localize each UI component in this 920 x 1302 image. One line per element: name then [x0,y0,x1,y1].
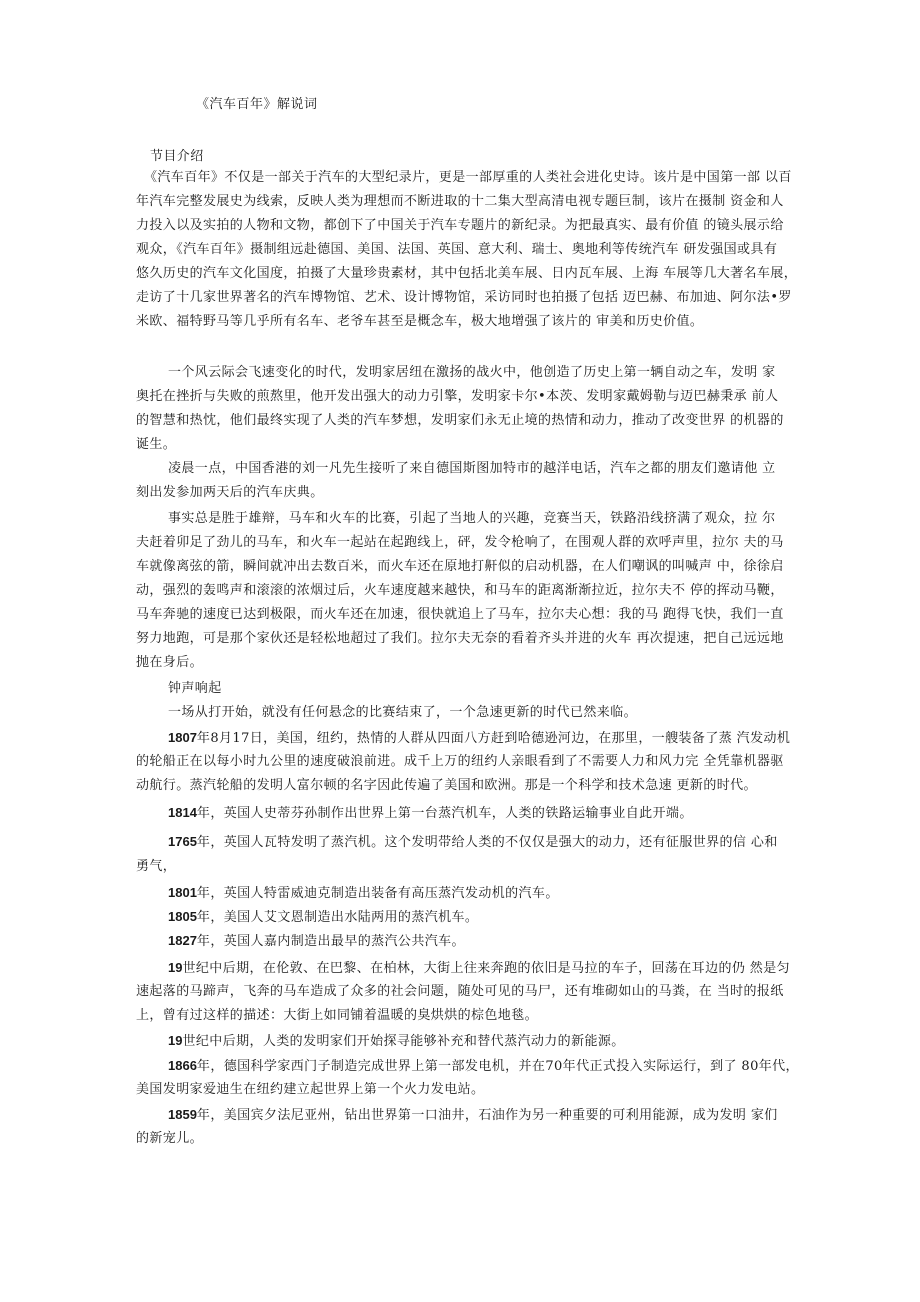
text-span: 世纪中后期，人类的发明家们开始探寻能够补充和替代蒸汽动力的新能源。 [182,1034,624,1049]
text-line: 刻出发参加两天后的汽车庆典。 [136,484,324,502]
year: 19 [168,1033,182,1048]
text-line: 米欧、福特野马等几乎所有名车、老爷车甚至是概念车，极大地增强了该片的 审美和历史… [136,313,703,331]
text-line: 19世纪中后期，人类的发明家们开始探寻能够补充和替代蒸汽动力的新能源。 [168,1032,625,1051]
text-line: 诞生。 [136,436,176,454]
document-title: 《汽车百年》解说词 [196,93,318,112]
text-line: 《汽车百年》不仅是一部关于汽车的大型纪录片，更是一部厚重的人类社会进化史诗。该片… [144,169,792,187]
text-line: 车就像离弦的箭，瞬间就冲出去数百米，而火车还在原地打鼾似的启动机器，在人们嘲讽的… [136,558,784,576]
section-heading: 节目介绍 [150,148,204,166]
text-line: 努力地跑，可是那个家伙还是轻松地超过了我们。拉尔夫无奈的看着齐头并进的火车 再次… [136,630,784,648]
text-span: 年，美国宾夕法尼亚州，钻出世界第一口油井，石油作为另一种重要的可利用能源，成为发… [197,1108,778,1123]
text-line: 的轮船正在以每小时九公里的速度破浪前进。成千上万的纽约人亲眼看到了不需要人力和风… [136,753,784,771]
text-line: 奥托在挫折与失败的煎熬里，他开发出强大的动力引擎，发明家卡尔•本茨、发明家戴姆勒… [136,388,778,406]
text-line: 动，强烈的轰鸣声和滚滚的浓烟过后，火车速度越来越快，和马车的距离渐渐拉近，拉尔夫… [136,582,784,600]
year: 1801 [168,885,197,900]
text-line: 美国发明家爱迪生在纽约建立起世界上第一个火力发电站。 [136,1081,484,1099]
text-line: 1814年，英国人史蒂芬孙制作出世界上第一台蒸汽机车，人类的铁路运输事业自此开端… [168,804,693,823]
text-line: 动航行。蒸汽轮船的发明人富尔顿的名字因此传遍了美国和欧洲。那是一个科学和技术急速… [136,777,757,795]
section-heading: 钟声响起 [168,680,222,698]
text-span: 年8月17日，美国，纽约，热情的人群从四面八方赶到哈德逊河边，在那里，一艘装备了… [197,731,790,746]
year: 1859 [168,1107,197,1122]
text-line: 速起落的马蹄声，飞奔的马车造成了众多的社会问题，随处可见的马尸，还有堆砌如山的马… [136,983,784,1001]
text-line: 19世纪中后期，在伦敦、在巴黎、在柏林，大街上往来奔跑的依旧是马拉的车子，回荡在… [168,959,790,978]
text-line: 1827年，英国人嘉内制造出最早的蒸汽公共汽车。 [168,932,465,951]
text-span: 年，美国人艾文恩制造出水陆两用的蒸汽机车。 [197,910,478,925]
text-line: 观众，《汽车百年》摄制组远赴德国、美国、法国、英国、意大利、瑞士、奥地利等传统汽… [136,241,777,259]
text-line: 1807年8月17日，美国，纽约，热情的人群从四面八方赶到哈德逊河边，在那里，一… [168,729,790,748]
text-line: 悠久历史的汽车文化国度，拍摄了大量珍贵素材，其中包括北美车展、日内瓦车展、上海 … [136,265,797,283]
text-line: 1859年，美国宾夕法尼亚州，钻出世界第一口油井，石油作为另一种重要的可利用能源… [168,1106,778,1125]
year: 1814 [168,805,197,820]
text-line: 走访了十几家世界著名的汽车博物馆、艺术、设计博物馆，采访同时也拍摄了包括 迈巴赫… [136,289,792,307]
year: 1866 [168,1058,197,1073]
text-span: 年，英国人史蒂芬孙制作出世界上第一台蒸汽机车，人类的铁路运输事业自此开端。 [197,806,693,821]
text-span: 年，英国人嘉内制造出最早的蒸汽公共汽车。 [197,934,465,949]
text-span: 世纪中后期，在伦敦、在巴黎、在柏林，大街上往来奔跑的依旧是马拉的车子，回荡在耳边… [182,961,790,976]
text-line: 事实总是胜于雄辩，马车和火车的比赛，引起了当地人的兴趣，竞赛当天，铁路沿线挤满了… [168,510,776,528]
text-span: 年，英国人瓦特发明了蒸汽机。这个发明带给人类的不仅仅是强大的动力，还有征服世界的… [197,835,778,850]
text-span: 年，英国人特雷威迪克制造出装备有高压蒸汽发动机的汽车。 [197,886,559,901]
text-line: 夫赶着卯足了劲儿的马车，和火车一起站在起跑线上，砰，发令枪响了，在围观人群的欢呼… [136,534,784,552]
year: 1765 [168,834,197,849]
text-line: 凌晨一点，中国香港的刘一凡先生接听了来自德国斯图加特市的越洋电话，汽车之都的朋友… [168,460,776,478]
year: 1827 [168,933,197,948]
text-line: 年汽车完整发展史为线索，反映人类为理想而不断进取的十二集大型高清电视专题巨制，该… [136,193,784,211]
text-line: 的新宠儿。 [136,1130,203,1148]
text-line: 一个风云际会飞速变化的时代，发明家居纽在激扬的战火中，他创造了历史上第一辆自动之… [168,364,776,382]
text-line: 1801年，英国人特雷威迪克制造出装备有高压蒸汽发动机的汽车。 [168,884,559,903]
year: 1805 [168,909,197,924]
year: 1807 [168,730,197,745]
text-line: 的智慧和热忱，他们最终实现了人类的汽车梦想，发明家们永无止境的热情和动力，推动了… [136,412,784,430]
text-line: 一场从打开始，就没有任何悬念的比赛结束了，一个急速更新的时代已然来临。 [168,704,637,722]
text-line: 1765年，英国人瓦特发明了蒸汽机。这个发明带给人类的不仅仅是强大的动力，还有征… [168,833,778,852]
text-line: 马车奔驰的速度已达到极限，而火车还在加速，很快就追上了马车，拉尔夫心想：我的马 … [136,606,784,624]
text-line: 勇气， [136,858,176,876]
text-line: 力投入以及实拍的人物和文物，都创下了中国关于汽车专题片的新纪录。为把最真实、最有… [136,217,784,235]
text-span: 年，德国科学家西门子制造完成世界上第一部发电机，并在70年代正式投入实际运行，到… [197,1059,799,1074]
year: 19 [168,960,182,975]
text-line: 1805年，美国人艾文恩制造出水陆两用的蒸汽机车。 [168,908,478,927]
text-line: 1866年，德国科学家西门子制造完成世界上第一部发电机，并在70年代正式投入实际… [168,1057,799,1076]
text-line: 上，曾有过这样的描述：大街上如同铺着温暖的臭烘烘的棕色地毯。 [136,1007,538,1025]
text-line: 抛在身后。 [136,654,203,672]
